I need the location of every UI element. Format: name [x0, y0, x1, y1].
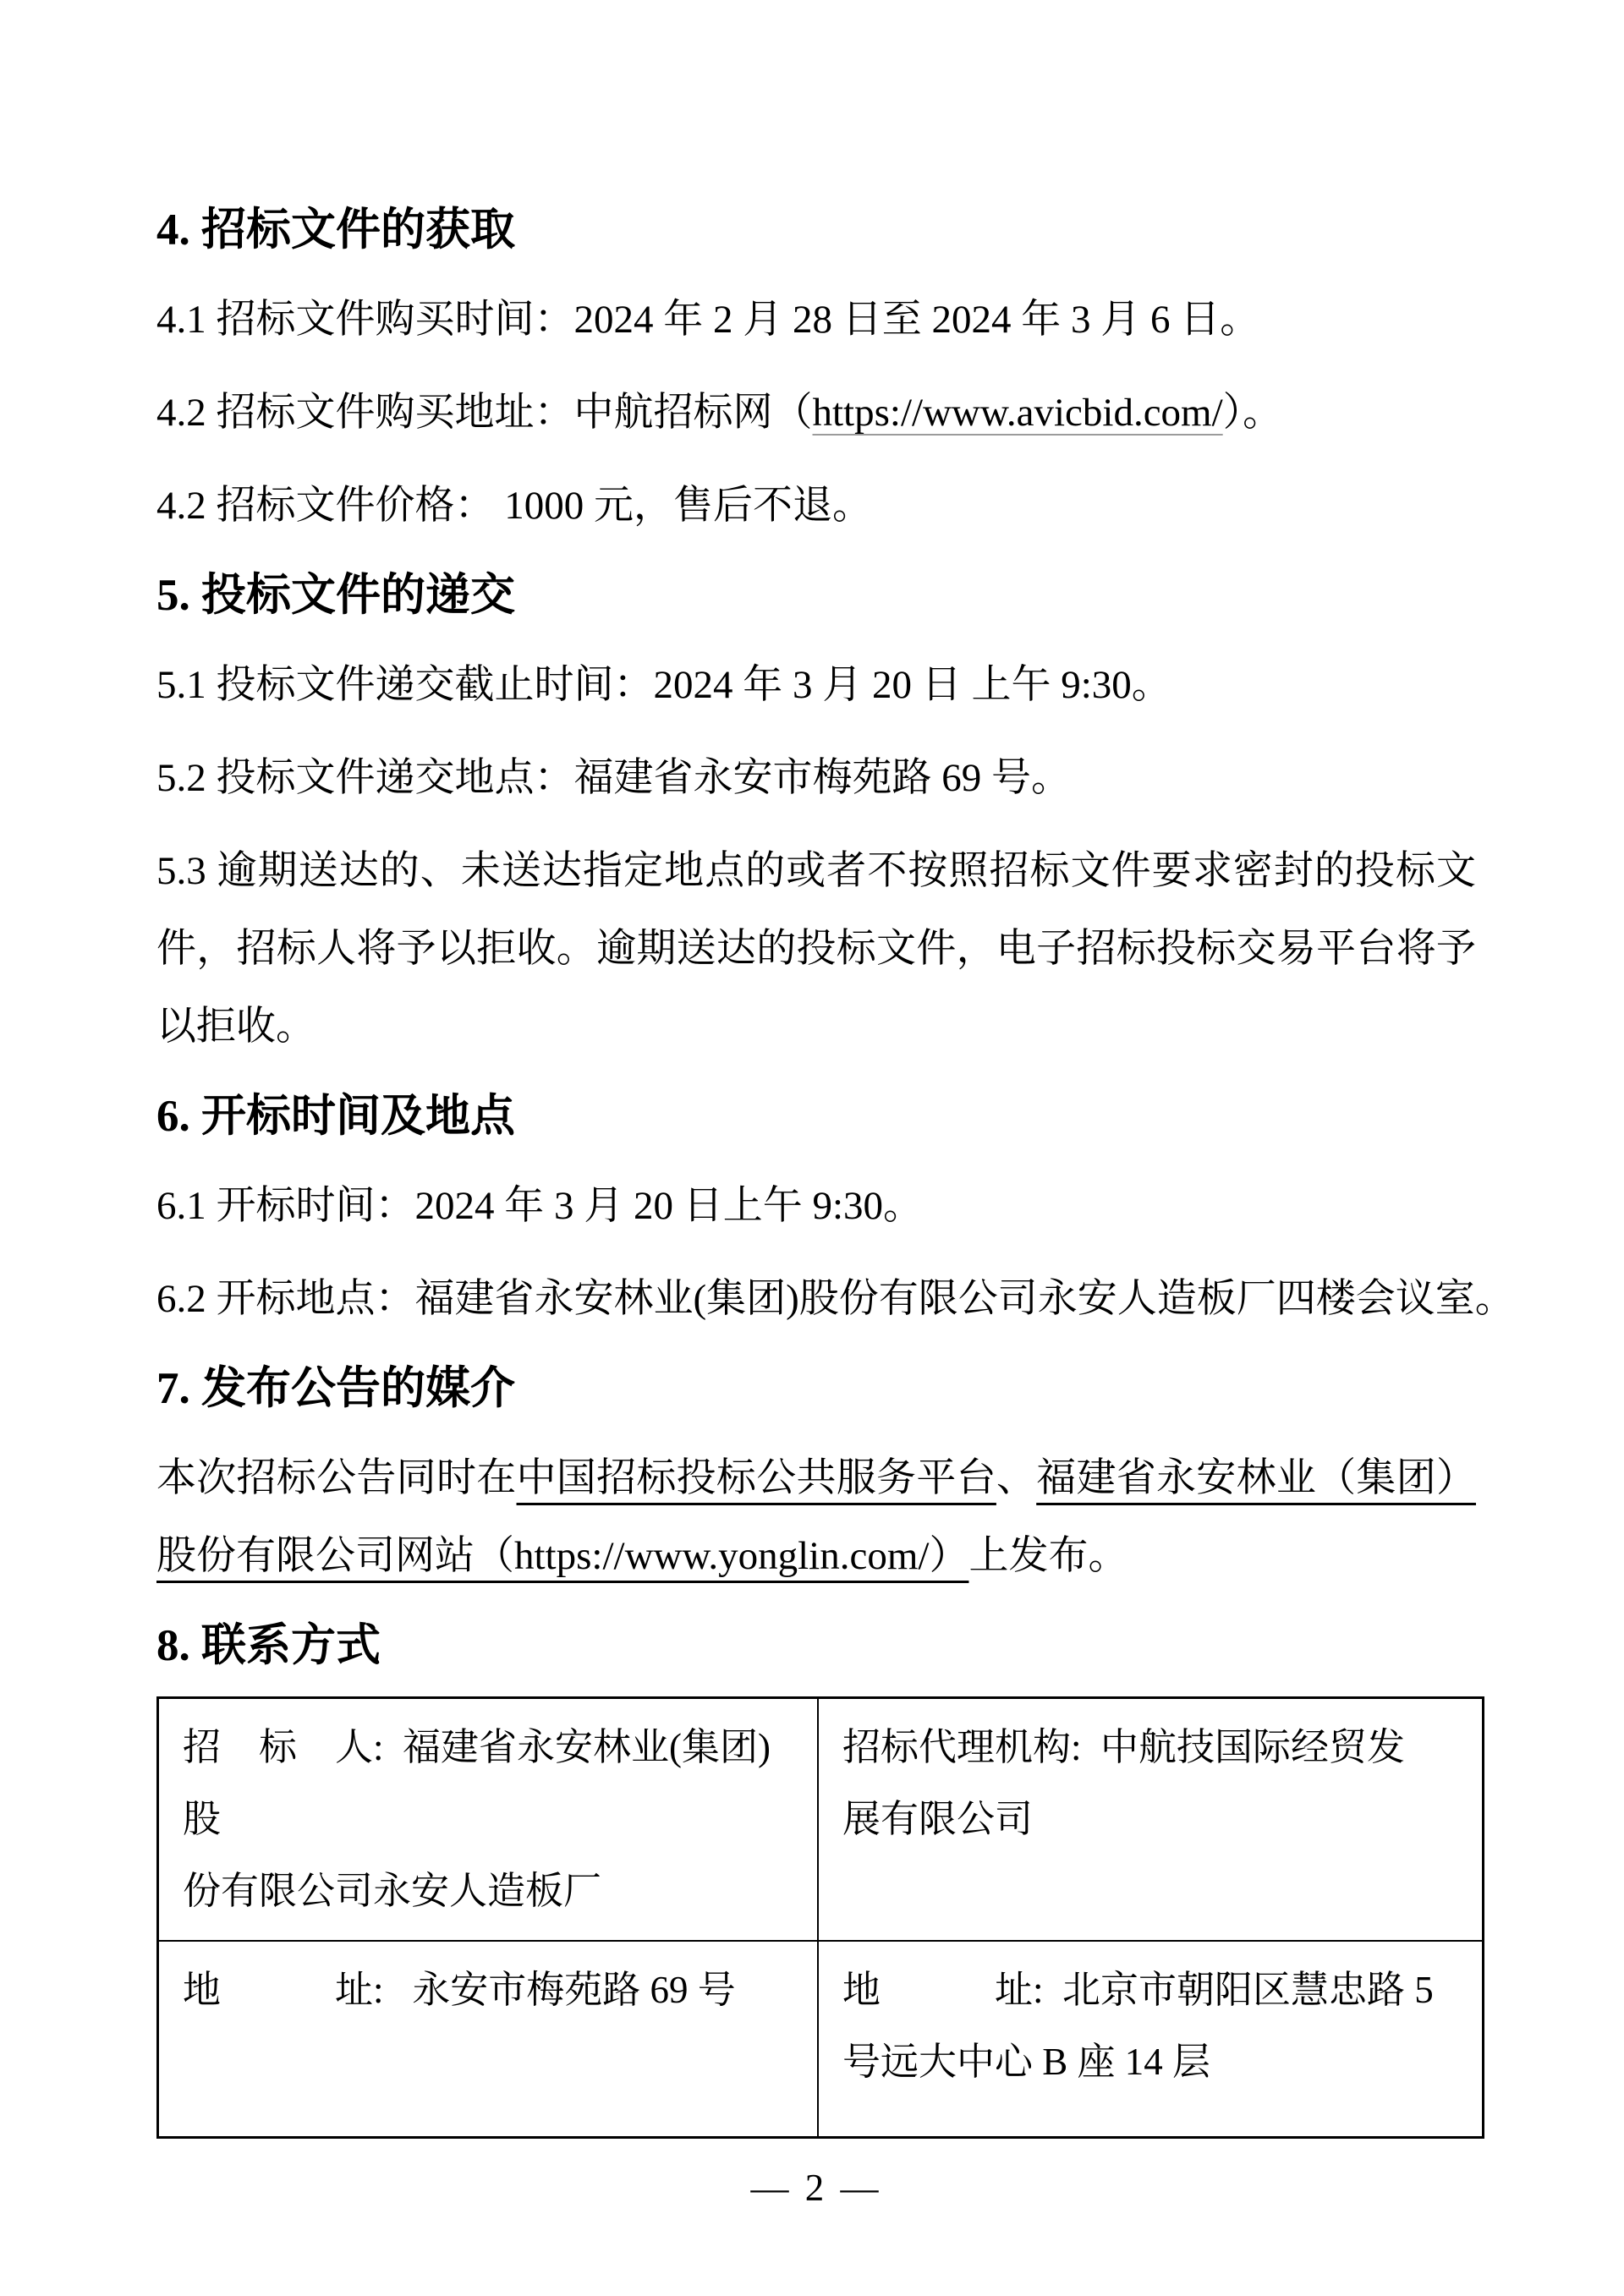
para-7-1: 本次招标公告同时在中国招标投标公共服务平台、福建省永安林业（集团）股份有限公司网…	[156, 1439, 1476, 1595]
section-8-heading: 8. 联系方式	[156, 1619, 1476, 1673]
para-4-3: 4.2 招标文件价格： 1000 元，售后不退。	[156, 467, 1476, 545]
section-6-heading: 6. 开标时间及地点	[156, 1089, 1476, 1143]
page-number: — 2 —	[156, 2166, 1476, 2210]
para-4-2: 4.2 招标文件购买地址：中航招标网（https://www.avicbid.c…	[156, 374, 1476, 452]
para-5-1: 5.1 投标文件递交截止时间：2024 年 3 月 20 日 上午 9:30。	[156, 646, 1476, 724]
cebpubservice-platform-link[interactable]: 中国招标投标公共服务平台	[517, 1456, 996, 1500]
para-6-1: 6.1 开标时间：2024 年 3 月 20 日上午 9:30。	[156, 1167, 1476, 1245]
para-5-3: 5.3 逾期送达的、未送达指定地点的或者不按照招标文件要求密封的投标文件，招标人…	[156, 832, 1476, 1066]
agency-cell: 招标代理机构: 中航技国际经贸发 展有限公司	[818, 1698, 1484, 1942]
para-5-2: 5.2 投标文件递交地点：福建省永安市梅苑路 69 号。	[156, 739, 1476, 817]
avicbid-url-link[interactable]: https://www.avicbid.com/	[813, 391, 1223, 435]
section-7-heading: 7. 发布公告的媒介	[156, 1362, 1476, 1416]
agency-address-cell: 地 址: 北京市朝阳区慧忠路 5 号远大中心 B 座 14 层	[818, 1941, 1484, 2138]
tenderer-address-cell: 地 址: 永安市梅苑路 69 号	[158, 1941, 819, 2138]
document-page: 4. 招标文件的获取 4.1 招标文件购买时间：2024 年 2 月 28 日至…	[0, 0, 1624, 2296]
para-7-suffix: 上发布。	[968, 1534, 1127, 1578]
tenderer-cell: 招 标 人: 福建省永安林业(集团)股 份有限公司永安人造板厂	[158, 1698, 819, 1942]
table-row-tenderer: 招 标 人: 福建省永安林业(集团)股 份有限公司永安人造板厂 招标代理机构: …	[158, 1698, 1484, 1942]
para-4-2-prefix: 4.2 招标文件购买地址：中航招标网（	[156, 391, 813, 435]
section-5-heading: 5. 投标文件的递交	[156, 568, 1476, 622]
para-4-1: 4.1 招标文件购买时间：2024 年 2 月 28 日至 2024 年 3 月…	[156, 281, 1476, 359]
section-4-heading: 4. 招标文件的获取	[156, 203, 1476, 257]
para-4-2-suffix: ）。	[1223, 391, 1283, 435]
contact-table: 招 标 人: 福建省永安林业(集团)股 份有限公司永安人造板厂 招标代理机构: …	[156, 1696, 1484, 2139]
para-7-separator: 、	[996, 1456, 1036, 1500]
para-6-2: 6.2 开标地点：福建省永安林业(集团)股份有限公司永安人造板厂四楼会议室。	[156, 1260, 1476, 1338]
table-row-address: 地 址: 永安市梅苑路 69 号 地 址: 北京市朝阳区慧忠路 5 号远大中心 …	[158, 1941, 1484, 2138]
para-7-prefix: 本次招标公告同时在	[156, 1456, 517, 1500]
